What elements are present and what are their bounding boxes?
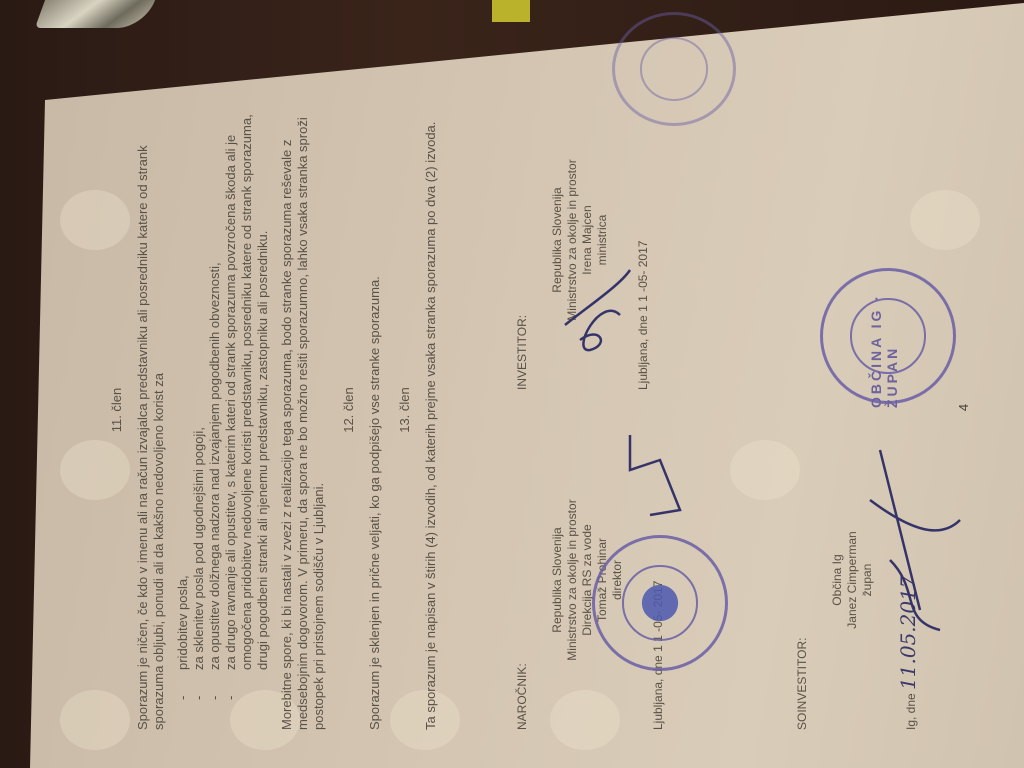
disputes-paragraph: Morebitne spore, ki bi nastali v zvezi z…: [279, 90, 327, 730]
signature-narocnik-icon: [620, 430, 690, 520]
article-12-heading: 12. člen: [341, 90, 357, 730]
list-item: pridobitev posla,: [175, 90, 191, 670]
page-number: 4: [956, 404, 971, 411]
yellow-tape: [492, 0, 530, 22]
article-13-heading: 13. člen: [397, 90, 413, 730]
water-directorate-stamp: [592, 535, 728, 671]
signature-soinvestitor-icon: [860, 440, 970, 640]
article-11-list: pridobitev posla, za sklenitev posla pod…: [175, 90, 271, 670]
article-13-text: Ta sporazum je napisan v štirih (4) izvo…: [423, 90, 439, 730]
list-item: za sklenitev posla pod ugodnejšimi pogoj…: [191, 90, 207, 670]
list-item: za opustitev dolžnega nadzora nad izvaja…: [207, 90, 223, 670]
obcina-ig-stamp: OBČINA IG · ŽUPAN: [820, 268, 956, 404]
foil-wrapper: [35, 0, 155, 28]
article-11-heading: 11. člen: [109, 90, 125, 730]
list-item: za drugo ravnanje ali opustitev, s kater…: [223, 90, 271, 670]
article-11-intro: Sporazum je ničen, če kdo v imenu ali na…: [135, 90, 167, 730]
ministry-stamp: [612, 12, 736, 126]
article-12-text: Sporazum je sklenjen in prične veljati, …: [367, 90, 383, 730]
signature-investitor-icon: [560, 265, 640, 355]
